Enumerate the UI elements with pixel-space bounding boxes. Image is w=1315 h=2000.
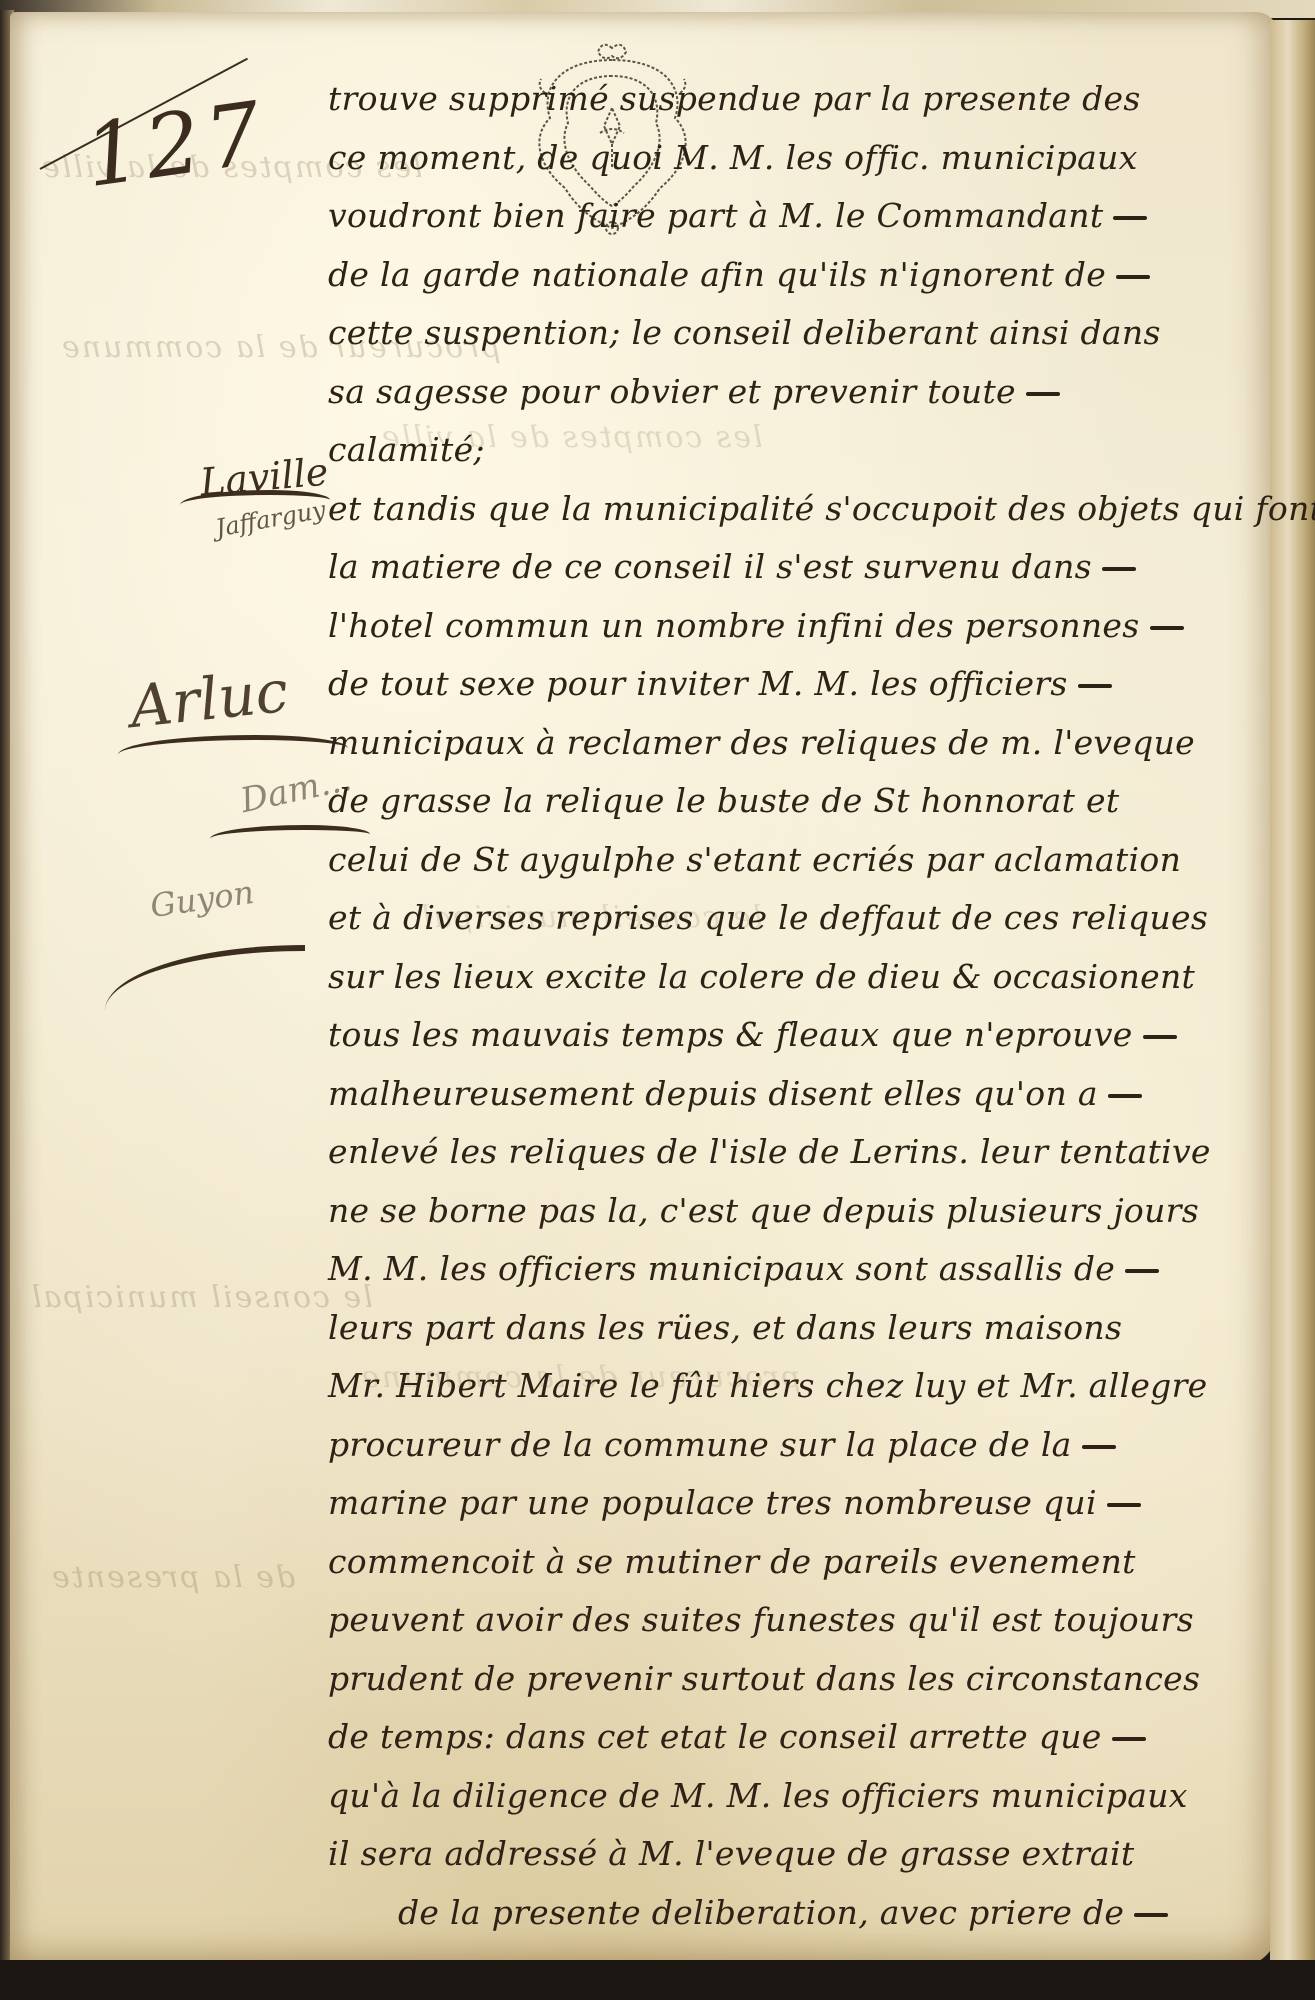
text-line: tous les mauvais temps & fleaux que n'ep… <box>328 1006 1268 1065</box>
manuscript-page: les comptes de la ville procureur de la … <box>0 0 1315 2000</box>
bleed-through-text: le conseil municipal <box>30 1280 373 1315</box>
text-line: Mr. Hibert Maire le fût hiers chez luy e… <box>328 1357 1268 1416</box>
text-line: voudront bien faire part à M. le Command… <box>328 187 1268 246</box>
text-line: commencoit à se mutiner de pareils evene… <box>328 1533 1268 1592</box>
text-line: prudent de prevenir surtout dans les cir… <box>328 1650 1268 1709</box>
text-line: procureur de la commune sur la place de … <box>328 1416 1268 1475</box>
text-line: peuvent avoir des suites funestes qu'il … <box>328 1591 1268 1650</box>
text-line: et tandis que la municipalité s'occupoit… <box>328 480 1268 539</box>
text-line: marine par une populace tres nombreuse q… <box>328 1474 1268 1533</box>
line-fill-stroke <box>1116 275 1150 279</box>
line-fill-stroke <box>1112 1737 1146 1741</box>
text-line: la matiere de ce conseil il s'est surven… <box>328 538 1268 597</box>
text-line: qu'à la diligence de M. M. les officiers… <box>328 1767 1268 1826</box>
text-line: trouve supprimé suspendue par la present… <box>328 70 1268 129</box>
line-fill-stroke <box>1108 1094 1142 1098</box>
text-line: cette suspention; le conseil deliberant … <box>328 304 1268 363</box>
text-line: sa sagesse pour obvier et prevenir toute <box>328 363 1268 422</box>
line-fill-stroke <box>1026 392 1060 396</box>
text-line: malheureusement depuis disent elles qu'o… <box>328 1065 1268 1124</box>
page-edge-right <box>1270 20 1315 1960</box>
line-fill-stroke <box>1125 1269 1159 1273</box>
text-line: l'hotel commun un nombre infini des pers… <box>328 597 1268 656</box>
line-fill-stroke <box>1113 216 1147 220</box>
line-fill-stroke <box>1078 684 1112 688</box>
line-fill-stroke <box>1102 567 1136 571</box>
line-fill-stroke <box>1107 1503 1141 1507</box>
text-line: de la garde nationale afin qu'ils n'igno… <box>328 246 1268 305</box>
text-line: il sera addressé à M. l'eveque de grasse… <box>328 1825 1268 1884</box>
text-line: de temps: dans cet etat le conseil arret… <box>328 1708 1268 1767</box>
line-fill-stroke <box>1134 1913 1168 1917</box>
line-fill-stroke <box>1150 626 1184 630</box>
text-line: ne se borne pas la, c'est que depuis plu… <box>328 1182 1268 1241</box>
text-line: et à diverses reprises que le deffaut de… <box>328 889 1268 948</box>
text-line: municipaux à reclamer des reliques de m.… <box>328 714 1268 773</box>
text-line: calamité; <box>328 421 1268 480</box>
line-fill-stroke <box>1143 1035 1177 1039</box>
text-line: M. M. les officiers municipaux sont assa… <box>328 1240 1268 1299</box>
line-fill-stroke <box>1082 1445 1116 1449</box>
text-line: leurs part dans les rües, et dans leurs … <box>328 1299 1268 1358</box>
background-bottom <box>0 1960 1315 2000</box>
manuscript-body: trouve supprimé suspendue par la present… <box>328 70 1268 1942</box>
bleed-through-text: de la presente <box>50 1560 295 1595</box>
text-line: celui de St aygulphe s'etant ecriés par … <box>328 831 1268 890</box>
text-line: ce moment, de quoi M. M. les offic. muni… <box>328 129 1268 188</box>
text-line: sur les lieux excite la colere de dieu &… <box>328 948 1268 1007</box>
text-line: enlevé les reliques de l'isle de Lerins.… <box>328 1123 1268 1182</box>
text-line: de la presente deliberation, avec priere… <box>328 1884 1268 1943</box>
text-line: de tout sexe pour inviter M. M. les offi… <box>328 655 1268 714</box>
text-line: de grasse la relique le buste de St honn… <box>328 772 1268 831</box>
